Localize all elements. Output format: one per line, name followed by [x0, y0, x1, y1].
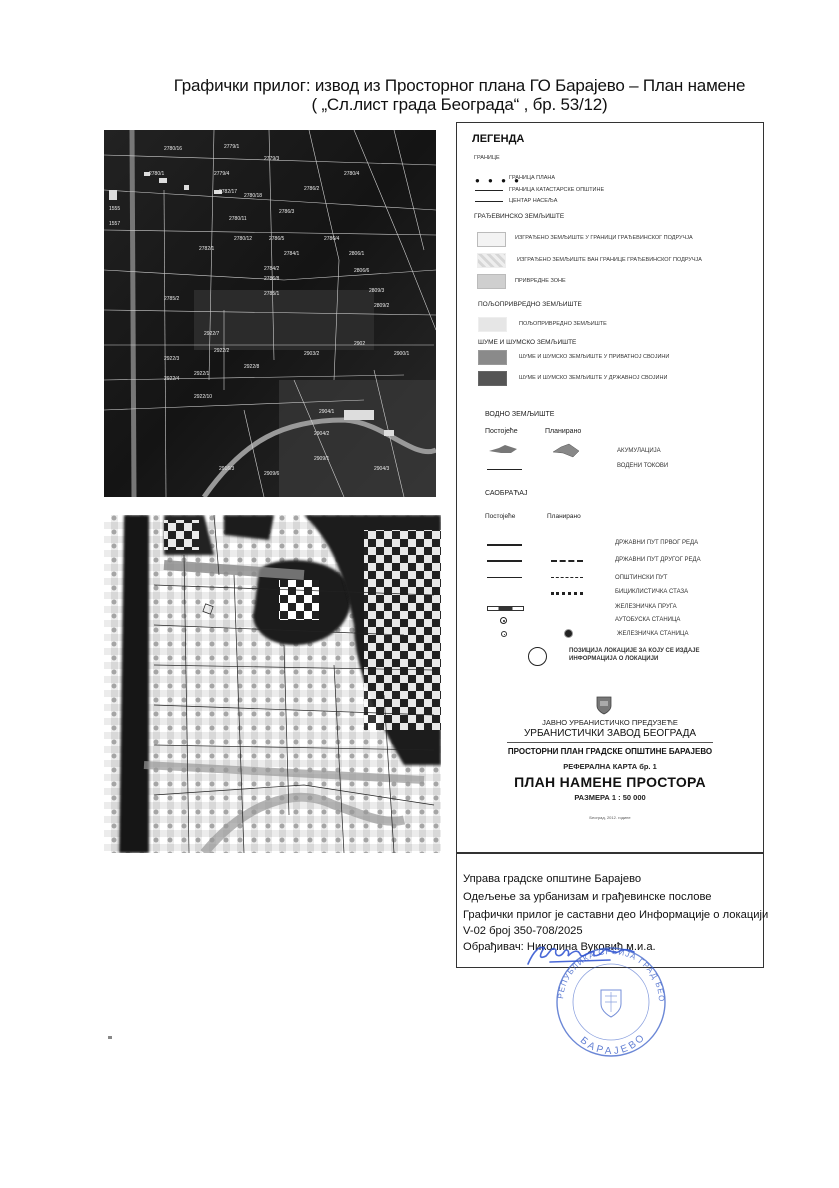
section-traffic: САОБРАЋАЈ — [485, 490, 527, 497]
coat-of-arms-icon — [594, 695, 614, 715]
svg-text:2900/1: 2900/1 — [394, 351, 410, 357]
svg-text:2785/1: 2785/1 — [264, 291, 280, 297]
svg-text:2922/10: 2922/10 — [194, 394, 212, 400]
legend-item-bus-station: АУТОБУСКА СТАНИЦА — [615, 617, 680, 623]
swatch-industrial-zones-icon — [477, 274, 506, 289]
svg-text:2780/1: 2780/1 — [149, 171, 165, 177]
svg-text:2902: 2902 — [354, 341, 365, 347]
swatch-forest-state-icon — [478, 371, 507, 386]
svg-text:2922/2: 2922/2 — [214, 348, 230, 354]
svg-text:2909/1: 2909/1 — [314, 456, 330, 462]
svg-text:2922/4: 2922/4 — [164, 376, 180, 382]
svg-text:2922/8: 2922/8 — [244, 364, 260, 370]
info-line-attachment: Графички прилог је саставни део Информац… — [463, 909, 768, 921]
map-date: Београд, 2012. године — [457, 815, 763, 820]
legend-item-cadastral-boundary: ГРАНИЦА КАТАСТАРСКЕ ОПШТИНЕ — [509, 187, 604, 193]
legend-item-state-road-2: ДРЖАВНИ ПУТ ДРУГОГ РЕДА — [615, 557, 701, 563]
signature-icon — [520, 940, 640, 970]
svg-text:2806/1: 2806/1 — [349, 251, 365, 257]
svg-text:1557: 1557 — [109, 221, 120, 227]
reservoir-existing-icon — [489, 443, 519, 457]
swatch-forest-private-icon — [478, 350, 507, 365]
svg-text:2909/6: 2909/6 — [264, 471, 280, 477]
swatch-built-inside-icon — [477, 232, 506, 247]
map-scale: РАЗМЕРА 1 : 50 000 — [457, 793, 763, 802]
svg-text:2809/3: 2809/3 — [369, 288, 385, 294]
svg-text:2782/17: 2782/17 — [219, 189, 237, 195]
svg-text:2904/3: 2904/3 — [374, 466, 390, 472]
svg-text:2780/11: 2780/11 — [229, 216, 247, 222]
map-title: ПЛАН НАМЕНЕ ПРОСТОРА — [457, 774, 763, 790]
svg-text:1555: 1555 — [109, 206, 120, 212]
section-boundaries: ГРАНИЦЕ — [474, 155, 500, 161]
svg-text:2779/4: 2779/4 — [214, 171, 230, 177]
water-existing-label: Постојеће — [485, 428, 518, 435]
svg-text:2922/3: 2922/3 — [164, 356, 180, 362]
svg-text:2784/1: 2784/1 — [284, 251, 300, 257]
svg-text:2903/2: 2903/2 — [304, 351, 320, 357]
state-road-2-planned-icon — [551, 560, 583, 562]
scan-speck — [108, 1036, 112, 1039]
reservoir-planned-icon — [553, 443, 583, 459]
section-forest-land: ШУМЕ И ШУМСКО ЗЕМЉИШТЕ — [478, 339, 576, 346]
state-road-1-existing-icon — [487, 544, 522, 546]
svg-text:2780/18: 2780/18 — [244, 193, 262, 199]
legend-item-plan-boundary: ГРАНИЦА ПЛАНА — [509, 175, 555, 181]
train-station-planned-icon — [565, 630, 572, 637]
svg-text:2922/1: 2922/1 — [194, 371, 210, 377]
railway-existing-icon — [487, 606, 524, 611]
svg-text:2780/16: 2780/16 — [164, 146, 182, 152]
swatch-agricultural-icon — [478, 317, 507, 332]
info-line-reference-number: V-02 број 350-708/2025 — [463, 925, 583, 937]
document-title: Графички прилог: извод из Просторног пла… — [40, 76, 839, 96]
cadastral-boundary-line-icon — [475, 190, 503, 191]
legend-item-built-outside: ИЗГРАЂЕНО ЗЕМЉИШТЕ ВАН ГРАНИЦЕ ГРАЂЕВИНС… — [517, 257, 702, 263]
legend-location-line1: ПОЗИЦИЈА ЛОКАЦИЈЕ ЗА КОЈУ СЕ ИЗДАЈЕ — [569, 648, 700, 654]
legend-item-forest-private: ШУМЕ И ШУМСКО ЗЕМЉИШТЕ У ПРИВАТНОЈ СВОЈИ… — [519, 354, 669, 360]
map-reference: РЕФЕРАЛНА КАРТА бр. 1 — [457, 762, 763, 771]
svg-text:БАРАЈЕВО: БАРАЈЕВО — [578, 1031, 649, 1057]
legend-panel: ЛЕГЕНДА ГРАНИЦЕ ● ● ● ● ГРАНИЦА ПЛАНА ГР… — [456, 122, 764, 853]
legend-item-state-road-1: ДРЖАВНИ ПУТ ПРВОГ РЕДА — [615, 540, 698, 546]
legend-item-railway: ЖЕЛЕЗНИЧКА ПРУГА — [615, 604, 677, 610]
legend-item-bike-path: БИЦИКЛИСТИЧКА СТАЗА — [615, 589, 688, 595]
legend-item-watercourses: ВОДЕНИ ТОКОВИ — [617, 463, 668, 469]
org-divider — [507, 742, 713, 743]
svg-text:2779/1: 2779/1 — [224, 144, 240, 150]
traffic-planned-label: Планирано — [547, 513, 581, 520]
section-construction-land: ГРАЂЕВИНСКО ЗЕМЉИШТЕ — [474, 213, 564, 220]
svg-text:2784/2: 2784/2 — [264, 266, 280, 272]
land-use-plan-map — [104, 515, 441, 853]
legend-item-settlement-center: ЦЕНТАР НАСЕЉА — [509, 198, 557, 204]
svg-text:2782/1: 2782/1 — [199, 246, 215, 252]
svg-text:2904/2: 2904/2 — [314, 431, 330, 437]
water-planned-label: Планирано — [545, 428, 581, 435]
section-water-land: ВОДНО ЗЕМЉИШТЕ — [485, 411, 554, 418]
legend-location-line2: ИНФОРМАЦИЈА О ЛОКАЦИЈИ — [569, 656, 658, 662]
aerial-cadastral-map: 2780/162779/12779/32780/12779/42780/4278… — [104, 130, 436, 497]
svg-text:2809/2: 2809/2 — [374, 303, 390, 309]
svg-text:2785/2: 2785/2 — [164, 296, 180, 302]
svg-text:2904/1: 2904/1 — [319, 409, 335, 415]
svg-text:2786/2: 2786/2 — [304, 186, 320, 192]
org-name: УРБАНИСТИЧКИ ЗАВОД БЕОГРАДА — [457, 728, 763, 739]
legend-item-train-station: ЖЕЛЕЗНИЧКА СТАНИЦА — [617, 631, 688, 637]
plan-name: ПРОСТОРНИ ПЛАН ГРАДСКЕ ОПШТИНЕ БАРАЈЕВО — [457, 747, 763, 756]
svg-text:2780/4: 2780/4 — [344, 171, 360, 177]
svg-text:2922/7: 2922/7 — [204, 331, 220, 337]
svg-text:2806/6: 2806/6 — [354, 268, 370, 274]
swatch-built-outside-icon — [477, 253, 506, 268]
legend-item-forest-state: ШУМЕ И ШУМСКО ЗЕМЉИШТЕ У ДРЖАВНОЈ СВОЈИН… — [519, 375, 667, 381]
svg-text:2786/3: 2786/3 — [279, 209, 295, 215]
legend-item-reservoir: АКУМУЛАЦИЈА — [617, 448, 661, 454]
settlement-center-line-icon — [475, 201, 503, 202]
section-agricultural-land: ПОЉОПРИВРЕДНО ЗЕМЉИШТЕ — [478, 301, 582, 308]
location-position-circle-icon — [528, 647, 547, 666]
svg-text:2786/5: 2786/5 — [269, 236, 285, 242]
svg-text:2786/8: 2786/8 — [264, 276, 280, 282]
svg-text:2786/4: 2786/4 — [324, 236, 340, 242]
municipal-road-planned-icon — [551, 577, 583, 578]
legend-item-industrial-zones: ПРИВРЕДНЕ ЗОНЕ — [515, 278, 566, 284]
municipal-road-existing-icon — [487, 577, 522, 578]
org-company-type: ЈАВНО УРБАНИСТИЧКО ПРЕДУЗЕЋЕ — [457, 718, 763, 727]
document-subtitle: ( „Сл.лист града Београда“ , бр. 53/12) — [40, 95, 839, 115]
legend-item-built-inside: ИЗГРАЂЕНО ЗЕМЉИШТЕ У ГРАНИЦИ ГРАЂЕВИНСКО… — [515, 235, 693, 241]
legend-item-municipal-road: ОПШТИНСКИ ПУТ — [615, 575, 667, 581]
info-line-administration: Управа градске општине Барајево — [463, 873, 641, 885]
svg-text:2780/12: 2780/12 — [234, 236, 252, 242]
svg-text:2779/3: 2779/3 — [264, 156, 280, 162]
svg-text:2916/3: 2916/3 — [219, 466, 235, 472]
bus-station-icon — [500, 617, 507, 624]
train-station-existing-icon — [501, 631, 507, 637]
legend-item-agricultural: ПОЉОПРИВРЕДНО ЗЕМЉИШТЕ — [519, 321, 607, 327]
bike-path-planned-icon — [551, 592, 583, 595]
info-line-department: Одељење за урбанизам и грађевинске посло… — [463, 891, 712, 903]
watercourse-line-icon — [487, 469, 522, 470]
traffic-existing-label: Постојеће — [485, 513, 515, 520]
state-road-2-existing-icon — [487, 560, 522, 562]
legend-header: ЛЕГЕНДА — [472, 133, 524, 145]
